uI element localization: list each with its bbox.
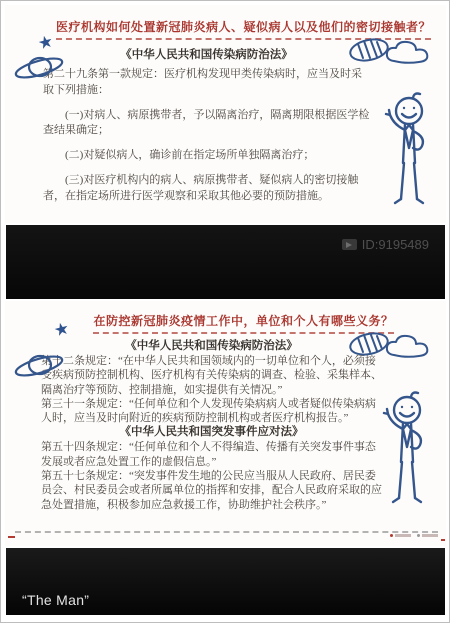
video-player-top[interactable]: ID:9195489 (6, 225, 445, 299)
paragraph: 第五十四条规定：“任何单位和个人不得编造、传播有关突发事件事态发展或者应急处置工… (41, 440, 382, 469)
paragraph: (一)对病人、病原携带者，予以隔离治疗，隔离期限根据医学检查结果确定； (43, 108, 370, 140)
star-icon: ★ (36, 32, 55, 52)
star-icon: ★ (52, 319, 71, 339)
paragraph: 第三十一条规定：“任何单位和个人发现传染病病人或者疑似传染病病人时，应当及时向附… (41, 397, 382, 426)
document-page: ★ 医疗机构如何处置新冠肺炎病人、疑似病人以及他们的密切接触者？ (0, 0, 450, 623)
law-heading: 《中华人民共和国传染病防治法》 (41, 339, 382, 354)
watermark-mark (417, 534, 438, 537)
law-heading: 《中华人民共和国突发事件应对法》 (41, 425, 382, 440)
edge-red-dash (441, 539, 445, 541)
watermark-mark (390, 534, 411, 537)
law-heading: 《中华人民共和国传染病防治法》 (43, 47, 370, 64)
video-id-label: ID:9195489 (362, 237, 429, 252)
slide-footer-dashed-divider (15, 531, 438, 533)
saturn-planet-icon (10, 51, 68, 85)
stick-figure-icon (375, 385, 439, 525)
footer-watermark-marks (390, 534, 438, 537)
paragraph: 第十二条规定：“在中华人民共和国领域内的一切单位和个人，必须接受疾病预防控制机构… (41, 354, 382, 397)
paragraph: (三)对医疗机构内的病人、病原携带者、疑似病人的密切接触者，在指定场所进行医学观… (43, 173, 370, 205)
paragraph: (二)对疑似病人，确诊前在指定场所单独隔离治疗； (43, 148, 370, 164)
video-id-badge: ID:9195489 (342, 237, 429, 252)
video-camera-icon (342, 239, 357, 250)
slide-1: ★ 医疗机构如何处置新冠肺炎病人、疑似病人以及他们的密切接触者？ (5, 5, 446, 223)
slide-2: ★ 在防控新冠肺炎疫情工作中，单位和个人有哪些义务？ (5, 301, 446, 546)
clouds-icon (346, 33, 438, 71)
paragraph: 第五十七条规定：“突发事件发生地的公民应当服从人民政府、居民委员会、村民委员会或… (41, 469, 382, 512)
slide-1-text-block: 《中华人民共和国传染病防治法》 第二十九条第一款规定：医疗机构发现甲类传染病时，… (43, 47, 370, 205)
video-player-bottom[interactable]: “The Man” (6, 548, 445, 615)
saturn-planet-icon (10, 349, 68, 383)
edge-red-dash (8, 536, 15, 538)
clouds-icon (346, 327, 438, 365)
paragraph: 第二十九条第一款规定：医疗机构发现甲类传染病时，应当及时采取下列措施： (43, 67, 370, 99)
video-subtitle-caption: “The Man” (22, 592, 89, 608)
slide-2-text-block: 《中华人民共和国传染病防治法》 第十二条规定：“在中华人民共和国领域内的一切单位… (41, 339, 382, 512)
stick-figure-icon (377, 91, 441, 221)
